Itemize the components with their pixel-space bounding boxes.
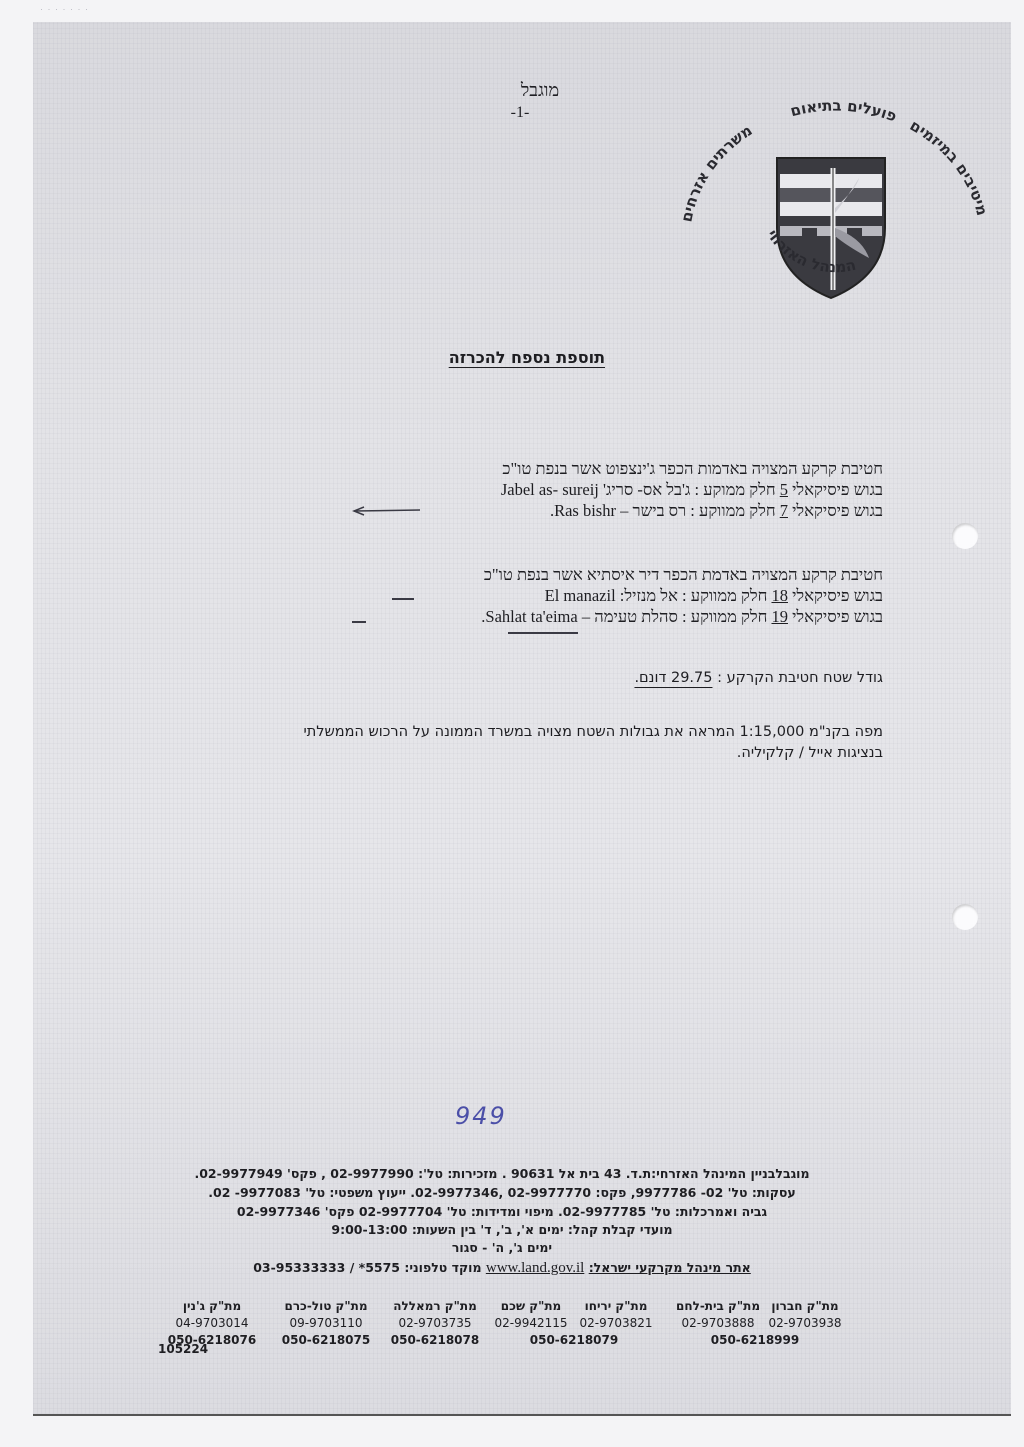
block-number: 18 xyxy=(771,586,788,605)
punch-hole-bottom xyxy=(952,904,978,930)
block-line: בגוש פיסיקאלי 18 חלק ממווקע : אל מנזיל: … xyxy=(363,585,883,606)
area-value: 29.75 דונם. xyxy=(634,670,712,686)
section-intro: חטיבת קרקע המצויה באדמות הכפר ג'ינצפוט א… xyxy=(363,458,883,479)
document-title: תוספת נספח להכרזה xyxy=(380,348,605,367)
block-number: 7 xyxy=(780,501,788,520)
hotline-numbers: 5575* / 03-95333333 xyxy=(253,1260,400,1275)
document-number: 105224 xyxy=(158,1342,208,1356)
map-note: מפה בקנ"מ 1:15,000 המראה את גבולות השטח … xyxy=(183,722,883,764)
section-deir-istiya: חטיבת קרקע המצויה באדמת הכפר דיר איסתיא … xyxy=(363,564,883,627)
block-number: 19 xyxy=(771,607,788,626)
office-bethlehem-mobile: 050-6218999 xyxy=(705,1332,805,1349)
area-line: גודל שטח חטיבת הקרקע : 29.75 דונם. xyxy=(363,668,883,689)
civil-administration-emblem-icon: מיטיבים במיזמים פועלים בתיאום משרתים אזר… xyxy=(660,90,1010,320)
block-number: 5 xyxy=(780,480,788,499)
punch-hole-top xyxy=(952,523,978,549)
footer-collection-line: גביה ואמרכלות: טל' 02-9977785. מיפוי ומד… xyxy=(160,1203,844,1221)
office-tulkarm: מת"ק טול-כרם 09-9703110 050-6218075 xyxy=(273,1298,379,1349)
handdrawn-dash xyxy=(352,621,366,623)
area-label: גודל שטח חטיבת הקרקע : xyxy=(717,670,883,686)
office-bethlehem: מת"ק בית-לחם 02-9703888 xyxy=(673,1298,763,1332)
office-nablus: מת"ק שכם 02-9942115 xyxy=(489,1298,573,1332)
page-number: -1- xyxy=(490,104,550,122)
block-line: בגוש פיסיקאלי 19 חלק ממווקע : סהלת טעימה… xyxy=(363,606,883,627)
section-jinsafut: חטיבת קרקע המצויה באדמות הכפר ג'ינצפוט א… xyxy=(363,458,883,521)
footer-closed-line: ימים ג', ה' - סגור xyxy=(160,1239,844,1257)
footer-hours-line: מועדי קבלת קהל: ימים א', ב', ד' בין השעו… xyxy=(160,1221,844,1239)
footer-deals-line: עסקות: טל' 02- 9977786, פקס: 02-9977770 … xyxy=(160,1184,844,1202)
office-ramallah: מת"ק רמאללה 02-9703735 050-6218078 xyxy=(385,1298,485,1349)
dco-offices: מת"ק חברון 02-9703938 מת"ק בית-לחם 02-97… xyxy=(155,1298,845,1358)
block-line: בגוש פיסיקאלי 7 חלק ממווקע : רס בישר – R… xyxy=(363,500,883,521)
classification-label: מוגבל xyxy=(490,80,590,101)
section-intro: חטיבת קרקע המצויה באדמת הכפר דיר איסתיא … xyxy=(363,564,883,585)
handdrawn-dash xyxy=(392,598,414,600)
block-line: בגוש פיסיקאלי 5 חלק ממוקע : ג'בל אס- סרי… xyxy=(363,479,883,500)
website-link[interactable]: www.land.gov.il xyxy=(486,1260,584,1276)
footer-website-line: אתר מינהל מקרקעי ישראל: www.land.gov.il … xyxy=(160,1259,844,1277)
office-nablus-mobile: 050-6218079 xyxy=(529,1332,619,1349)
handwritten-note: 949 xyxy=(455,1102,507,1130)
bleed-through-text: · · · · · · · xyxy=(40,4,89,14)
handdrawn-arrow-icon xyxy=(352,506,422,516)
handdrawn-underline xyxy=(508,632,578,634)
footer-address-line: מוגבלבניין המינהל האזרחי:ת.ד. 43 בית אל … xyxy=(160,1165,844,1183)
office-hebron: מת"ק חברון 02-9703938 xyxy=(765,1298,845,1332)
office-jericho: מת"ק יריחו 02-9703821 xyxy=(575,1298,657,1332)
